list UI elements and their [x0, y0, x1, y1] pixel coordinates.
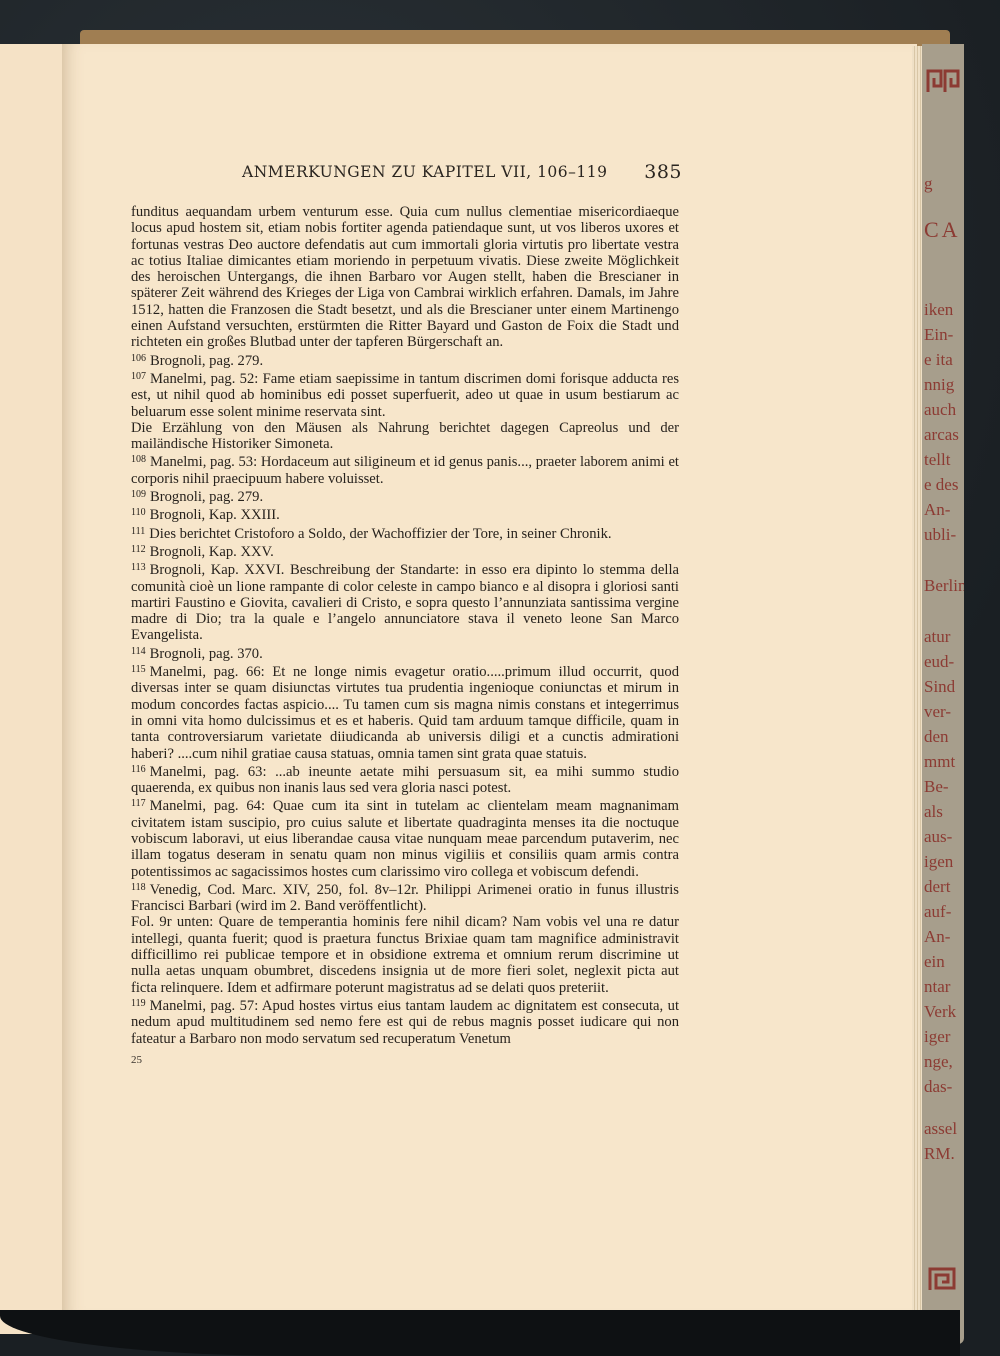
- jacket-text-fragment: assel: [924, 1119, 957, 1139]
- jacket-text-fragment: ntar: [924, 977, 950, 997]
- jacket-text-fragment: atur: [924, 627, 950, 647]
- footnote-text: Venedig, Cod. Marc. XIV, 250, fol. 8v–12…: [131, 882, 679, 914]
- footnote-113: 113Brognoli, Kap. XXVI. Beschreibung der…: [131, 560, 679, 643]
- paragraph: funditus aequandam urbem venturum esse. …: [131, 204, 679, 351]
- footnote-text: Brognoli, Kap. XXVI. Beschreibung der St…: [131, 562, 679, 643]
- jacket-text-fragment: den: [924, 727, 949, 747]
- jacket-text-fragment: aus-: [924, 827, 952, 847]
- jacket-text-fragment: ver-: [924, 702, 951, 722]
- footnotes-body: funditus aequandam urbem venturum esse. …: [131, 204, 679, 1047]
- footnote-text: Manelmi, pag. 53: Hordaceum aut siligine…: [131, 454, 679, 486]
- page-number: 385: [644, 161, 682, 183]
- jacket-text-fragment: e ita: [924, 350, 953, 370]
- page-stack-edges: [912, 46, 922, 1316]
- footnote-number: 114: [131, 646, 146, 657]
- facing-page-edge: [0, 44, 63, 1334]
- footnote-text: Brognoli, Kap. XXV.: [150, 544, 274, 560]
- meander-ornament-icon: [926, 68, 960, 94]
- jacket-text-fragment: igen: [924, 852, 953, 872]
- jacket-text-fragment: arcas: [924, 425, 959, 445]
- jacket-text-fragment: CA: [924, 217, 961, 243]
- jacket-text-fragment: iken: [924, 300, 953, 320]
- jacket-text-fragment: ubli-: [924, 525, 956, 545]
- footnote-number: 117: [131, 798, 146, 809]
- footnote-109: 109Brognoli, pag. 279.: [131, 487, 679, 505]
- running-header: ANMERKUNGEN ZU KAPITEL VII, 106–119 385: [242, 163, 682, 187]
- jacket-text-fragment: mmt: [924, 752, 955, 772]
- jacket-text-fragment: ein: [924, 952, 945, 972]
- jacket-text-fragment: als: [924, 802, 943, 822]
- footnote-number: 119: [131, 998, 146, 1009]
- paragraph: Fol. 9r unten: Quare de temperantia homi…: [131, 914, 679, 995]
- jacket-text-fragment: Ein-: [924, 325, 953, 345]
- book-shadow: [0, 1310, 960, 1356]
- jacket-text-fragment: Verk: [924, 1002, 956, 1022]
- jacket-text-fragment: dert: [924, 877, 950, 897]
- footnote-116: 116Manelmi, pag. 63: ...ab ineunte aetat…: [131, 762, 679, 797]
- footnote-text: Brognoli, pag. 370.: [150, 646, 263, 662]
- footnote-text: Brognoli, Kap. XXIII.: [150, 507, 280, 523]
- footnote-110: 110Brognoli, Kap. XXIII.: [131, 505, 679, 523]
- footnote-number: 108: [131, 454, 146, 465]
- footnote-117: 117Manelmi, pag. 64: Quae cum ita sint i…: [131, 796, 679, 879]
- footnote-114: 114Brognoli, pag. 370.: [131, 644, 679, 662]
- footnote-108: 108Manelmi, pag. 53: Hordaceum aut silig…: [131, 452, 679, 487]
- jacket-text-fragment: An-: [924, 500, 950, 520]
- jacket-text-fragment: das-: [924, 1077, 952, 1097]
- footnote-number: 113: [131, 562, 146, 573]
- footnote-118: 118Venedig, Cod. Marc. XIV, 250, fol. 8v…: [131, 880, 679, 915]
- footnote-106: 106Brognoli, pag. 279.: [131, 351, 679, 369]
- footnote-number: 106: [131, 353, 146, 364]
- footnote-number: 111: [131, 526, 145, 537]
- footnote-text: Fol. 9r unten: Quare de temperantia homi…: [131, 914, 679, 995]
- jacket-text-fragment: Be-: [924, 777, 949, 797]
- footnote-text: Brognoli, pag. 279.: [150, 489, 263, 505]
- jacket-text-fragment: nnig: [924, 375, 954, 395]
- footnote-119: 119Manelmi, pag. 57: Apud hostes virtus …: [131, 996, 679, 1047]
- footnote-text: Dies berichtet Cristoforo a Soldo, der W…: [149, 526, 611, 542]
- footnote-text: Manelmi, pag. 64: Quae cum ita sint in t…: [131, 798, 679, 879]
- jacket-text-fragment: iger: [924, 1027, 950, 1047]
- signature-mark: 25: [131, 1054, 142, 1066]
- jacket-text-fragment: RM.: [924, 1144, 955, 1164]
- footnote-text: Manelmi, pag. 63: ...ab ineunte aetate m…: [131, 764, 679, 796]
- meander-ornament-icon: [926, 1266, 960, 1292]
- footnote-112: 112Brognoli, Kap. XXV.: [131, 542, 679, 560]
- footnote-number: 116: [131, 764, 146, 775]
- footnote-number: 109: [131, 489, 146, 500]
- jacket-text-fragment: eud-: [924, 652, 954, 672]
- jacket-text-fragment: Berlin: [924, 576, 964, 596]
- jacket-text-fragment: nge,: [924, 1052, 953, 1072]
- footnote-number: 115: [131, 664, 146, 675]
- jacket-text-fragment: auf-: [924, 902, 951, 922]
- footnote-text: Brognoli, pag. 279.: [150, 353, 263, 369]
- footnote-text: funditus aequandam urbem venturum esse. …: [131, 204, 679, 350]
- footnote-text: Manelmi, pag. 57: Apud hostes virtus eiu…: [131, 998, 679, 1047]
- jacket-text-fragment: e des: [924, 475, 958, 495]
- jacket-text-fragment: Sind: [924, 677, 955, 697]
- footnote-number: 110: [131, 507, 146, 518]
- jacket-text-fragment: g: [924, 174, 933, 194]
- footnote-107: 107Manelmi, pag. 52: Fame etiam saepissi…: [131, 369, 679, 420]
- jacket-text-fragment: auch: [924, 400, 956, 420]
- footnote-text: Manelmi, pag. 52: Fame etiam saepissime …: [131, 371, 679, 420]
- footnote-111: 111Dies berichtet Cristoforo a Soldo, de…: [131, 524, 679, 542]
- footnote-text: Die Erzählung von den Mäusen als Nahrung…: [131, 420, 679, 452]
- jacket-text-fragment: tellt: [924, 450, 950, 470]
- dust-jacket-flap: gCAikenEin-e itannigaucharcastellte desA…: [922, 44, 964, 1344]
- footnote-text: Manelmi, pag. 66: Et ne longe nimis evag…: [131, 664, 679, 761]
- footnote-115: 115Manelmi, pag. 66: Et ne longe nimis e…: [131, 662, 679, 762]
- footnote-number: 112: [131, 544, 146, 555]
- footnote-number: 118: [131, 882, 146, 893]
- jacket-text-fragment: An-: [924, 927, 950, 947]
- running-title: ANMERKUNGEN ZU KAPITEL VII, 106–119: [242, 163, 608, 181]
- paragraph: Die Erzählung von den Mäusen als Nahrung…: [131, 420, 679, 453]
- footnote-number: 107: [131, 371, 146, 382]
